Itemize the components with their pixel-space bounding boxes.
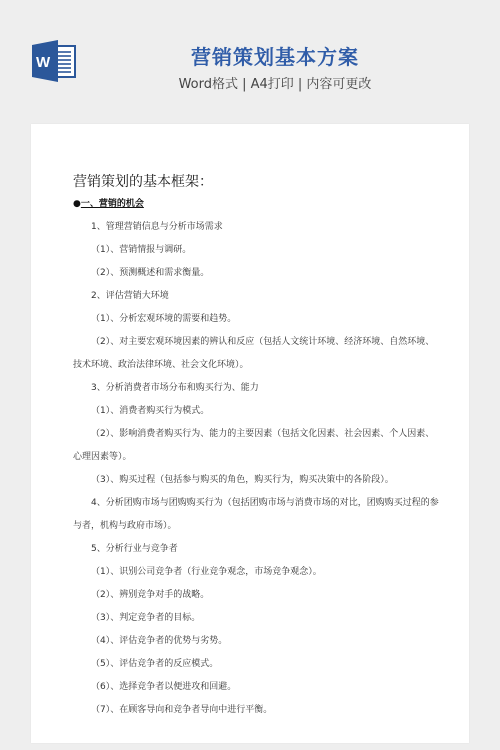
page-subtitle: Word格式 | A4打印 | 内容可更改 [150,76,400,94]
section-heading: ●一、营销的机会 [73,198,144,210]
list-item: 1、管理营销信息与分析市场需求 [91,221,223,233]
svg-text:W: W [36,54,51,71]
list-item: （2）、辨别竞争对手的战略。 [91,589,209,601]
list-item: （5）、评估竞争者的反应模式。 [91,658,218,670]
list-item: 4、分析团购市场与团购购买行为（包括团购市场与消费市场的对比，团购购买过程的参 [91,497,439,509]
list-item: 与者，机构与政府市场）。 [73,520,177,532]
list-item: （3）、购买过程（包括参与购买的角色，购买行为，购买决策中的各阶段）。 [91,474,394,486]
list-item: 技术环境、政治法律环境、社会文化环境）。 [73,359,249,371]
list-item: （2）、影响消费者购买行为、能力的主要因素（包括文化因素、社会因素、个人因素、 [91,428,434,440]
list-item: （2）、对主要宏观环境因素的辨认和反应（包括人文统计环境、经济环境、自然环境、 [91,336,434,348]
list-item: （4）、评估竞争者的优势与劣势。 [91,635,227,647]
list-item: （1）、消费者购买行为模式。 [91,405,209,417]
bullet-icon: ● [73,199,81,209]
document-title: 营销策划的基本框架： [73,172,213,192]
list-item: （1）、营销情报与调研。 [91,244,191,256]
list-item: 3、分析消费者市场分布和购买行为、能力 [91,382,259,394]
list-item: 心理因素等）。 [73,451,132,463]
section-heading-text: 一、营销的机会 [81,199,144,209]
list-item: （6）、选择竞争者以便进攻和回避。 [91,681,236,693]
page-title: 营销策划基本方案 [150,44,400,70]
document-page: 营销策划的基本框架： ●一、营销的机会 1、管理营销信息与分析市场需求 （1）、… [31,124,469,743]
header: W 营销策划基本方案 Word格式 | A4打印 | 内容可更改 [0,0,500,124]
list-item: （2）、预测概述和需求衡量。 [91,267,209,279]
word-document-icon: W [32,40,76,82]
list-item: （3）、判定竞争者的目标。 [91,612,200,624]
list-item: 5、分析行业与竞争者 [91,543,178,555]
list-item: （1）、分析宏观环境的需要和趋势。 [91,313,236,325]
list-item: （7）、在顾客导向和竞争者导向中进行平衡。 [91,704,272,716]
list-item: 2、评估营销大环境 [91,290,169,302]
list-item: （1）、识别公司竞争者（行业竞争观念，市场竞争观念）。 [91,566,322,578]
